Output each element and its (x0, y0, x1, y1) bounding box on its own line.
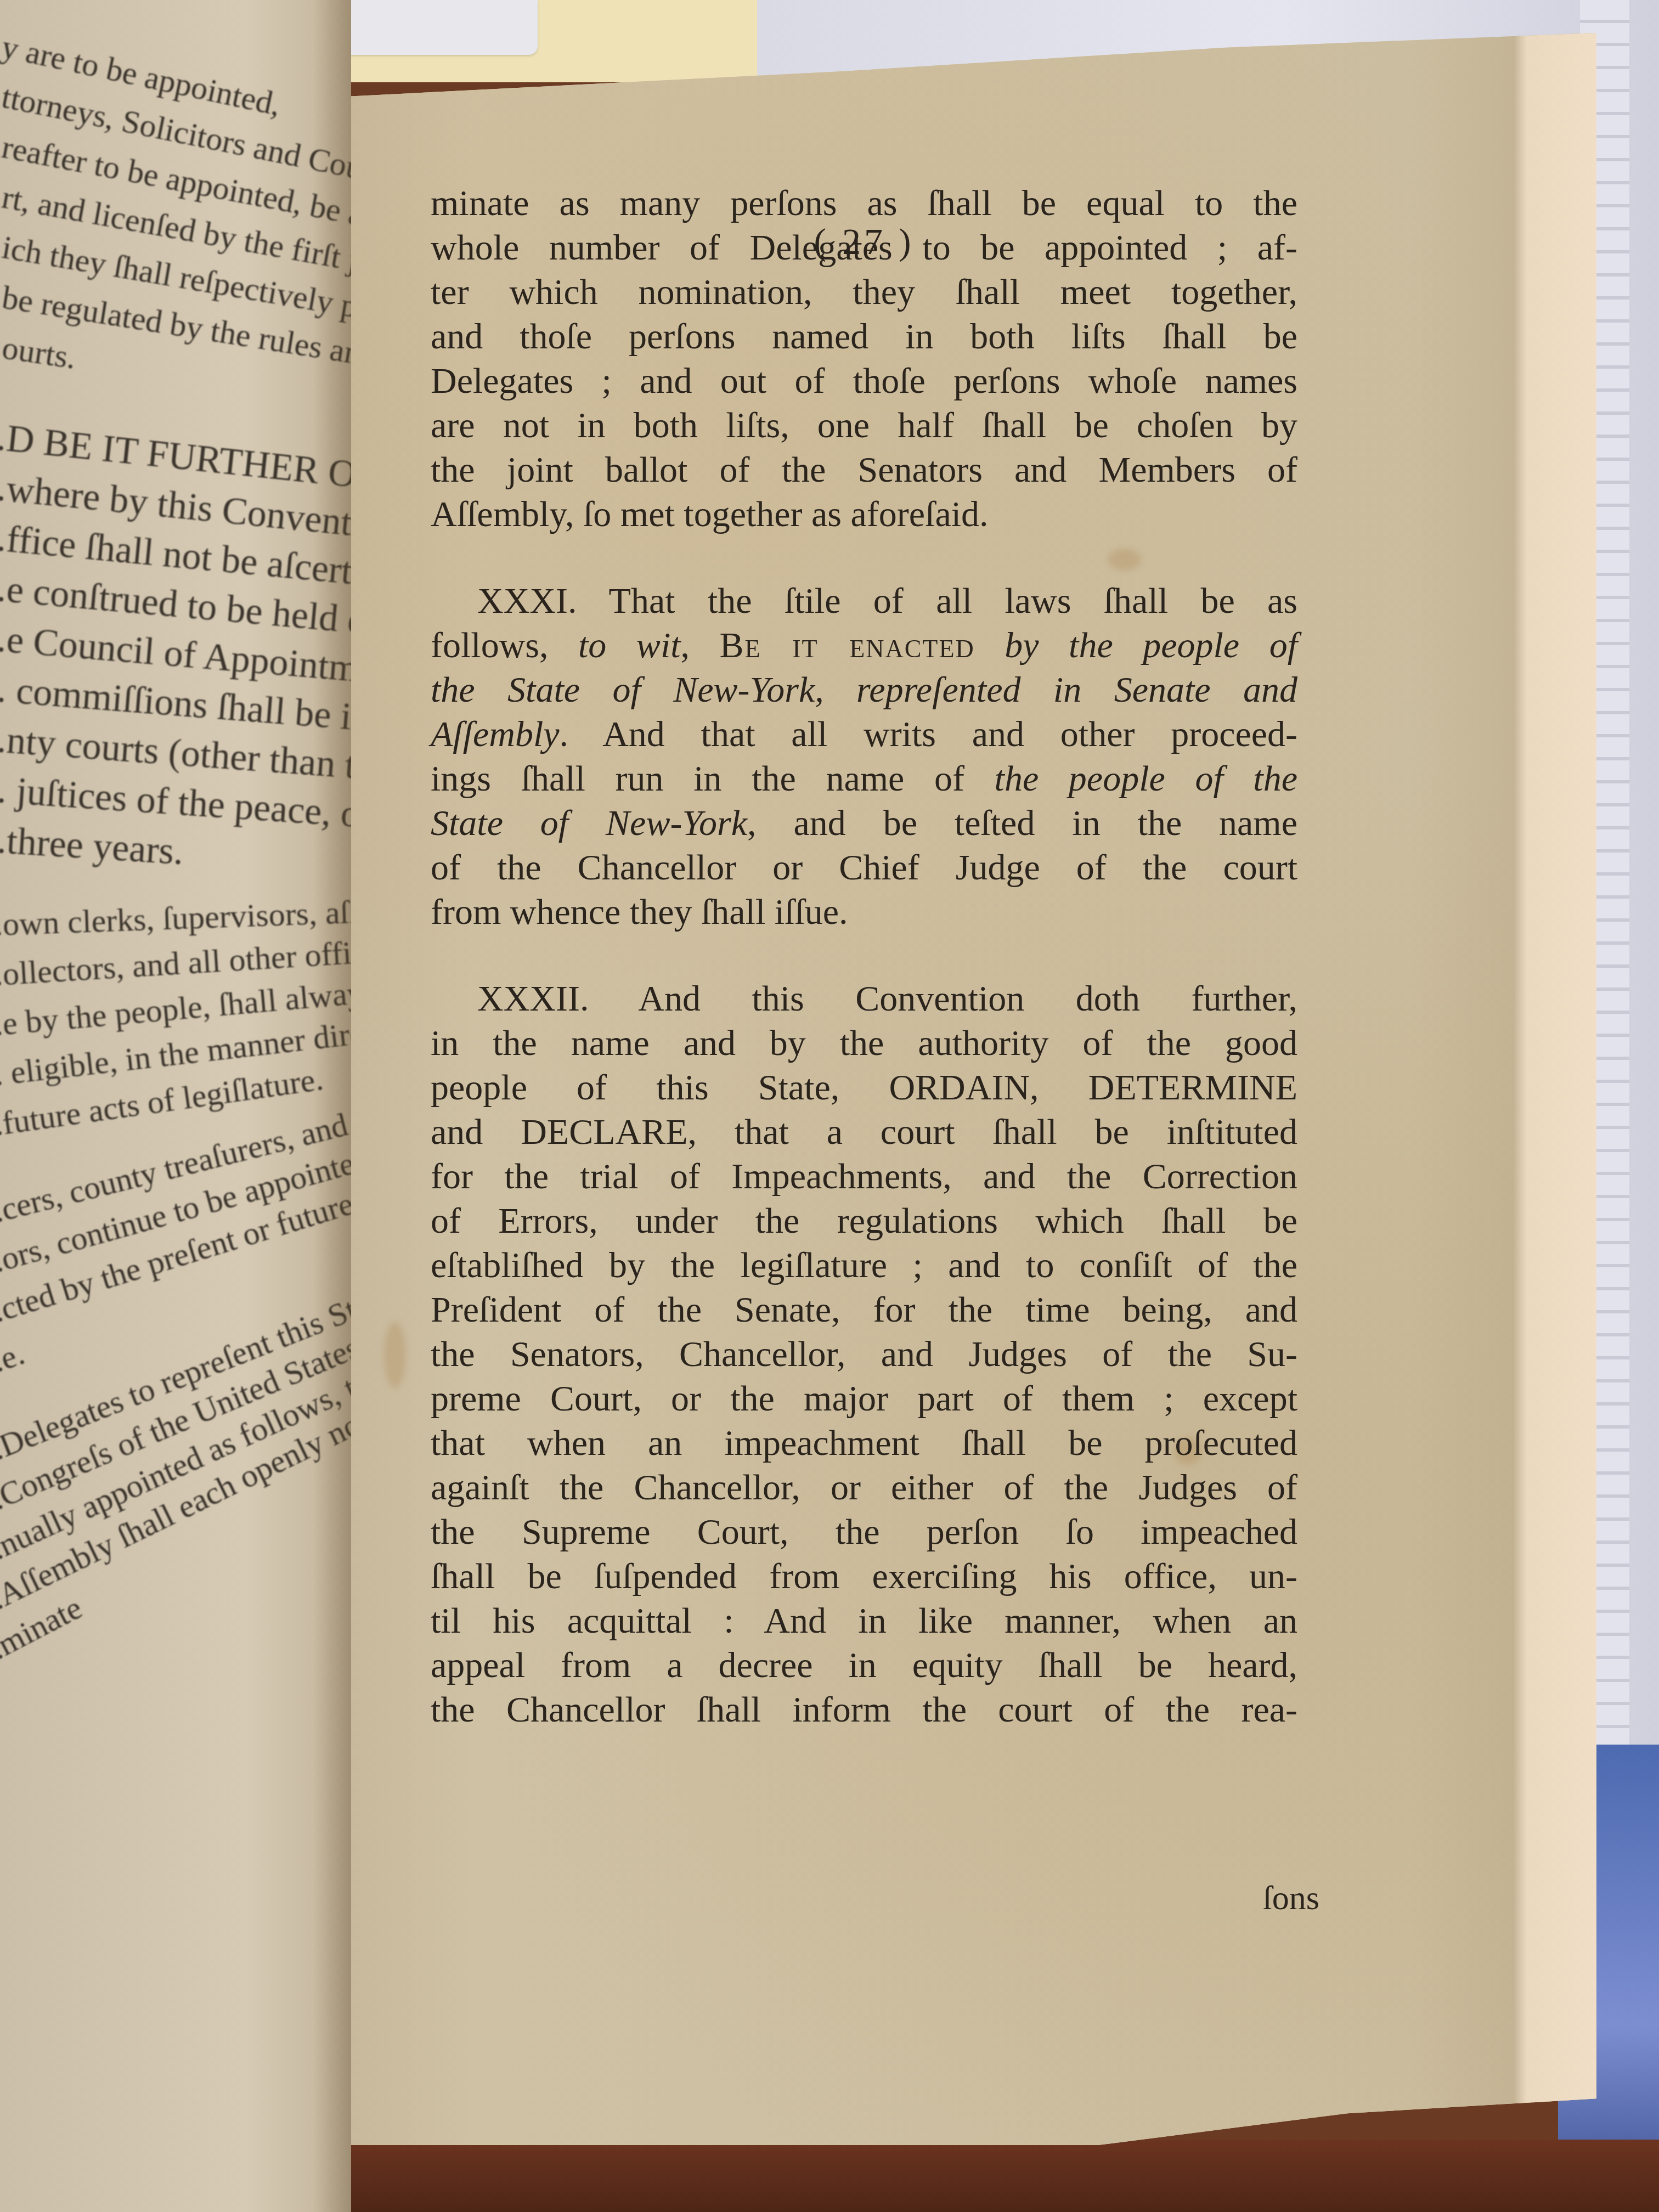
text-line: ter which nomination, they ſhall meet to… (431, 270, 1297, 314)
text-line: appeal from a decree in equity ſhall be … (431, 1643, 1297, 1688)
text-line: XXXI. That the ſtile of all laws ſhall b… (431, 579, 1297, 623)
text-line: Aſſembly, ſo met together as aforeſaid. (431, 492, 1297, 537)
text-line: Preſident of the Senate, for the time be… (431, 1288, 1297, 1332)
text-line: Delegates ; and out of thoſe perſons who… (431, 359, 1297, 403)
text-line-mixed: ings ſhall run in the name of the people… (431, 757, 1297, 801)
text-line: the Senators, Chancellor, and Judges of … (431, 1332, 1297, 1376)
text-line: for the trial of Impeachments, and the C… (431, 1154, 1297, 1199)
text-line: eſtabliſhed by the legiſlature ; and to … (431, 1243, 1297, 1288)
text-line: the Chancellor ſhall inform the court of… (431, 1688, 1297, 1732)
book-gutter (313, 0, 351, 2212)
text-line: minate as many perſons as ſhall be equal… (431, 181, 1297, 225)
text-line: the Supreme Court, the perſon ſo impeach… (431, 1510, 1297, 1554)
text-line: til his acquittal : And in like manner, … (431, 1599, 1297, 1643)
left-page-line: ...own clerks, ſupervisors, aſſeſſors, (0, 890, 351, 944)
text-line: from whence they ſhall iſſue. (431, 890, 1297, 934)
page-number: ( 27 ) (431, 219, 1297, 264)
text-line: and thoſe perſons named in both liſts ſh… (431, 314, 1297, 359)
text-line: and DECLARE, that a court ſhall be inſti… (431, 1110, 1297, 1154)
left-page-line: ...e. (0, 1334, 29, 1385)
text-line: people of this State, ORDAIN, DETERMINE (431, 1065, 1297, 1110)
text-line-mixed: State of New-York, and be teſted in the … (431, 801, 1297, 845)
text-line: ſhall be ſuſpended from exerciſing his o… (431, 1554, 1297, 1599)
page-fore-edge (1514, 33, 1596, 2145)
text-line: the State of New-York, repreſented in Se… (431, 668, 1297, 712)
paper-stain (384, 1322, 406, 1388)
left-page-line: ...three years. (0, 817, 185, 874)
right-page: ( 27 ) minate as many perſons as ſhall b… (351, 33, 1596, 2145)
table-surface (351, 2140, 1659, 2212)
left-page: ...y are to be appointed,...ttorneys, So… (0, 0, 351, 2212)
text-line: the joint ballot of the Senators and Mem… (431, 448, 1297, 492)
left-page-line: ...ourts. (0, 325, 78, 377)
text-line: againſt the Chancellor, or either of the… (431, 1465, 1297, 1510)
text-line-mixed: Aſſembly. And that all writs and other p… (431, 712, 1297, 757)
text-line: in the name and by the authority of the … (431, 1021, 1297, 1065)
text-line: of the Chancellor or Chief Judge of the … (431, 845, 1297, 890)
text-line: preme Court, or the major part of them ;… (431, 1376, 1297, 1421)
article-xxxi: XXXI. That the ſtile of all laws ſhall b… (431, 579, 1297, 934)
text-line: are not in both liſts, one half ſhall be… (431, 403, 1297, 448)
text-line-mixed: follows, to wit, Be it enacted by the pe… (431, 623, 1297, 668)
catchword: ſons (1263, 1876, 1319, 1921)
text-line: that when an impeachment ſhall be proſec… (431, 1421, 1297, 1465)
article-xxxii: XXXII. And this Convention doth further,… (431, 977, 1297, 1732)
text-line: XXXII. And this Convention doth further, (431, 977, 1297, 1021)
text-line: of Errors, under the regulations which ſ… (431, 1199, 1297, 1243)
page-text-block: ( 27 ) minate as many perſons as ſhall b… (431, 181, 1297, 1732)
